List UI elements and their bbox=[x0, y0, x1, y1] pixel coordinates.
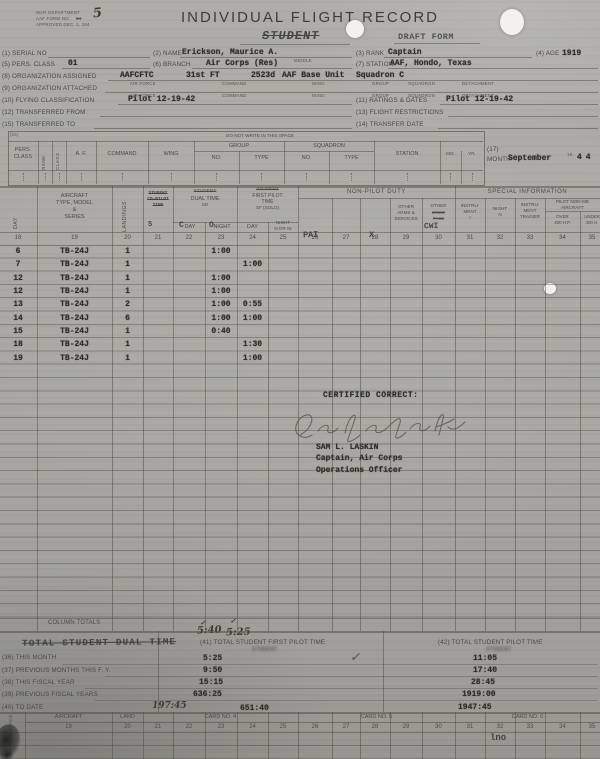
col-number-35: 35 bbox=[580, 235, 600, 241]
line bbox=[143, 712, 144, 759]
field-pers-class-value: 01 bbox=[68, 59, 78, 68]
cell-aircraft: TB-24J bbox=[37, 314, 112, 323]
col42-stamp-smudge: STUDENT bbox=[486, 646, 511, 653]
org-group-value: AAF Base Unit bbox=[282, 71, 344, 80]
card-number: 26 bbox=[298, 724, 332, 730]
line bbox=[62, 68, 150, 69]
cell-aircraft: TB-24J bbox=[37, 300, 112, 309]
line bbox=[112, 712, 113, 759]
card-number: 23 bbox=[205, 724, 237, 730]
total-fp-day-handwritten: 5:25 bbox=[226, 627, 251, 639]
cell-day: 6 bbox=[2, 247, 34, 256]
field-org-assigned-label: (8) ORGANIZATION ASSIGNED bbox=[2, 73, 97, 80]
line bbox=[52, 141, 53, 184]
cell-fp-day: 1:00 bbox=[237, 260, 268, 269]
field-branch-label: (6) BRANCH bbox=[153, 61, 191, 68]
cell-dual-night: 1:00 bbox=[205, 300, 237, 309]
summary-row-b: 11:05 bbox=[473, 654, 497, 663]
flight-row-3: 12 TB-24J 1 1:00 bbox=[0, 274, 600, 287]
card-number: 32 bbox=[485, 724, 515, 730]
cell-day: 15 bbox=[2, 327, 34, 336]
card-number: 24 bbox=[237, 724, 268, 730]
col-number-29: 29 bbox=[390, 235, 422, 241]
special-info-group-header: SPECIAL INFORMATION bbox=[455, 189, 600, 195]
summary-to-date-extra: 197:45 bbox=[152, 701, 187, 711]
field-station-value: AAF, Hondo, Texas bbox=[390, 59, 472, 68]
summary-row-label: (38) THIS FISCAL YEAR bbox=[2, 679, 75, 686]
line bbox=[0, 745, 600, 746]
card-number: 19 bbox=[25, 724, 112, 730]
left-stamp-total-student-dual-time: TOTAL STUDENT DUAL TIME bbox=[22, 636, 176, 649]
col34-header-2: 400 H.P. bbox=[545, 220, 580, 226]
cell-dual-night: 0:40 bbox=[205, 327, 237, 336]
flight-row-1: 6 TB-24J 1 1:00 bbox=[0, 247, 600, 260]
line bbox=[448, 116, 598, 117]
agency-line1: WAR DEPARTMENT bbox=[36, 10, 80, 15]
cell-landings: 1 bbox=[112, 260, 143, 269]
summary-row-label: (36) THIS MONTH bbox=[2, 654, 56, 661]
line bbox=[455, 712, 456, 759]
summary-row-a: 15:15 bbox=[199, 678, 223, 687]
line bbox=[0, 631, 600, 633]
col-number-24: 24 bbox=[237, 235, 268, 241]
dotted-mark bbox=[261, 173, 263, 181]
certified-correct-heading: CERTIFIED CORRECT: bbox=[323, 391, 418, 400]
cell-day: 12 bbox=[2, 287, 34, 296]
cell-aircraft: TB-24J bbox=[37, 247, 112, 256]
summary-row-b: 1919:00 bbox=[462, 690, 496, 699]
subtitle-student-struck: STUDENT bbox=[261, 29, 321, 43]
dual-title-header: DUAL TIME bbox=[173, 196, 237, 202]
field-name-label: (2) NAME bbox=[153, 50, 182, 57]
line bbox=[105, 92, 598, 93]
line bbox=[180, 57, 352, 58]
dotted-mark bbox=[171, 173, 173, 181]
card-number: 30 bbox=[422, 724, 455, 730]
field-age-value: 1919 bbox=[562, 49, 581, 58]
column-totals-label: COLUMN TOTALS bbox=[48, 620, 100, 626]
box16-group-label: GROUP bbox=[194, 143, 284, 149]
box16-af-label: A. F. bbox=[66, 151, 96, 157]
box16-class-label: CLASS bbox=[8, 154, 38, 160]
cell-fp-day: 1:00 bbox=[237, 354, 268, 363]
col28-stamp: X bbox=[369, 230, 374, 240]
field-transferred-from-label: (12) TRANSFERRED FROM bbox=[2, 109, 86, 116]
dotted-mark bbox=[45, 173, 47, 181]
card-number: 22 bbox=[173, 724, 205, 730]
cell-landings: 1 bbox=[112, 354, 143, 363]
line bbox=[515, 712, 516, 759]
summary-row-label: (37) PREVIOUS MONTHS THIS F. Y. bbox=[2, 667, 111, 674]
flight-record-form: WAR DEPARTMENT AAF FORM NO. 24 5 APPROVE… bbox=[0, 0, 600, 759]
col-landings-header: LANDINGS bbox=[122, 194, 128, 232]
col-number-27: 27 bbox=[332, 235, 360, 241]
sublabel-air-force: AIR FORCE bbox=[130, 81, 156, 86]
subtitle-underline bbox=[240, 44, 350, 45]
col-number-30: 30 bbox=[422, 235, 455, 241]
dotted-mark bbox=[407, 173, 409, 181]
card-aircraft-header: AIRCRAFT bbox=[25, 714, 112, 720]
line bbox=[580, 712, 581, 759]
col41-header: (41) TOTAL STUDENT FIRST PILOT TIME bbox=[200, 639, 325, 646]
line bbox=[545, 712, 546, 759]
line bbox=[25, 712, 26, 759]
check-mark: ✓ bbox=[230, 616, 236, 625]
field17-year-value: 44 bbox=[577, 153, 595, 162]
cell-aircraft: TB-24J bbox=[37, 327, 112, 336]
org-air-force-value: AAFCFTC bbox=[120, 71, 154, 80]
line bbox=[237, 712, 238, 759]
field-age-label: (4) AGE bbox=[536, 50, 559, 57]
col-number-23: 23 bbox=[205, 235, 237, 241]
col26-stamp: PAI bbox=[303, 230, 319, 241]
line bbox=[0, 232, 600, 233]
cell-aircraft: TB-24J bbox=[37, 274, 112, 283]
cell-dual-night: 1:00 bbox=[205, 314, 237, 323]
col-aircraft-header-1: AIRCRAFT bbox=[37, 193, 112, 199]
line bbox=[94, 128, 352, 129]
cell-aircraft: TB-24J bbox=[37, 354, 112, 363]
card5-header: CARD NO. 5 bbox=[298, 714, 455, 720]
stamp-underline bbox=[394, 43, 480, 44]
fp-code-header: SF (SOLO) bbox=[237, 205, 298, 211]
flight-row-9: 19 TB-24J 1 1:00 bbox=[0, 354, 600, 367]
line bbox=[360, 712, 361, 759]
cell-aircraft: TB-24J bbox=[37, 340, 112, 349]
flight-row-2: 7 TB-24J 1 1:00 bbox=[0, 260, 600, 273]
ink-blotch bbox=[0, 748, 14, 759]
agency-form-no-struck: 24 bbox=[76, 16, 81, 21]
col-number-34: 34 bbox=[545, 235, 580, 241]
col21-struck-2: CO-PILOT bbox=[143, 197, 173, 202]
sublabel-command: COMMAND bbox=[222, 81, 247, 86]
org-squadron-value: Squadron C bbox=[356, 71, 404, 80]
sublabel-command: COMMAND bbox=[222, 93, 247, 98]
col-number-31: 31 bbox=[455, 235, 485, 241]
dotted-mark bbox=[472, 173, 474, 181]
certifier-rank: Captain, Air Corps bbox=[316, 454, 402, 463]
line bbox=[0, 618, 600, 619]
cell-aircraft: TB-24J bbox=[37, 260, 112, 269]
dual-night-header: NIGHT bbox=[209, 224, 235, 230]
col30-header: OTHER bbox=[422, 203, 455, 209]
cell-day: 13 bbox=[2, 300, 34, 309]
dual-day-header: DAY bbox=[178, 224, 202, 230]
line bbox=[461, 151, 462, 184]
box16-squadron-no-label: NO. bbox=[284, 155, 329, 161]
line bbox=[384, 57, 532, 58]
col-number-25: 25 bbox=[268, 235, 298, 241]
col-number-32: 32 bbox=[485, 235, 515, 241]
box16-group-type-label: TYPE bbox=[239, 155, 284, 161]
line bbox=[192, 68, 352, 69]
line bbox=[118, 104, 352, 105]
col21-code: S bbox=[148, 221, 152, 229]
cell-day: 18 bbox=[2, 340, 34, 349]
line bbox=[422, 712, 423, 759]
col-aircraft-header-4: SERIES bbox=[37, 214, 112, 220]
cell-landings: 1 bbox=[112, 287, 143, 296]
sublabel-wing: WING bbox=[312, 81, 325, 86]
line bbox=[485, 712, 486, 759]
cell-landings: 1 bbox=[112, 340, 143, 349]
box16-wing-label: WING bbox=[148, 151, 194, 157]
cell-day: 7 bbox=[2, 260, 34, 269]
col-number-21: 21 bbox=[143, 235, 173, 241]
field-rank-label: (3) RANK bbox=[356, 50, 384, 57]
line bbox=[38, 141, 39, 184]
col30-stamp: CWI bbox=[424, 222, 439, 231]
handwritten-form-number: 5 bbox=[92, 6, 103, 22]
field-transferred-to-label: (15) TRANSFERRED TO bbox=[2, 121, 75, 128]
line bbox=[374, 141, 375, 184]
org-command-value: 31st FT bbox=[186, 71, 220, 80]
fp-night-header-2: N OR NI bbox=[269, 226, 297, 232]
dotted-mark bbox=[122, 173, 124, 181]
flight-row-6: 14 TB-24J 6 1:00 1:00 bbox=[0, 314, 600, 327]
col29-header-3: SERVICES bbox=[390, 216, 422, 222]
line bbox=[390, 712, 391, 759]
sublabel-squadron: SQUADRON bbox=[408, 81, 435, 86]
pnma-group-header-2: AIRCRAFT bbox=[545, 205, 600, 211]
cell-fp-day: 1:00 bbox=[237, 314, 268, 323]
col-number-18: 18 bbox=[2, 235, 34, 241]
line bbox=[85, 688, 598, 689]
line bbox=[173, 712, 174, 759]
field-org-attached-label: (9) ORGANIZATION ATTACHED bbox=[2, 85, 97, 92]
dotted-mark bbox=[216, 173, 218, 181]
line bbox=[329, 151, 330, 184]
card-number: 33 bbox=[515, 724, 545, 730]
cell-fp-day: 0:55 bbox=[237, 300, 268, 309]
col-aircraft-header-2: TYPE, MODEL bbox=[37, 200, 112, 206]
line bbox=[8, 170, 483, 171]
line bbox=[100, 116, 352, 117]
field-flying-class-value: Pilot 12-19-42 bbox=[128, 95, 195, 104]
col33-header-3: TRAINER bbox=[515, 214, 545, 220]
cell-dual-night: 1:00 bbox=[205, 274, 237, 283]
col31-header-3: I bbox=[455, 215, 485, 221]
box16-squadron-type-label: TYPE bbox=[329, 155, 374, 161]
cell-landings: 1 bbox=[112, 247, 143, 256]
cell-landings: 2 bbox=[112, 300, 143, 309]
dotted-mark bbox=[306, 173, 308, 181]
box16-rank-label: RANK bbox=[41, 146, 46, 170]
field-ratings-value: Pilot 12-19-42 bbox=[446, 95, 513, 104]
page-title: INDIVIDUAL FLIGHT RECORD bbox=[150, 9, 470, 26]
card-number: 35 bbox=[580, 724, 600, 730]
summary-row-a: 5:25 bbox=[203, 654, 222, 663]
summary-row-label: (39) PREVIOUS FISCAL YEARS bbox=[2, 691, 98, 698]
cell-landings: 6 bbox=[112, 314, 143, 323]
col-number-19: 19 bbox=[37, 235, 112, 241]
field-middle-sublabel: MIDDLE bbox=[294, 58, 312, 63]
dotted-mark bbox=[450, 173, 452, 181]
certifier-title: Operations Officer bbox=[316, 466, 402, 475]
do-not-write-label: DO NOT WRITE IN THIS SPACE bbox=[150, 133, 370, 139]
field17-month-value: September bbox=[508, 154, 551, 163]
col-number-28: 28 bbox=[360, 235, 390, 241]
line bbox=[62, 664, 598, 665]
sublabel-group: GROUP bbox=[372, 81, 389, 86]
card-land-header: LAND bbox=[112, 714, 143, 720]
col42-header: (42) TOTAL STUDENT PILOT TIME bbox=[438, 639, 543, 646]
line bbox=[284, 141, 285, 184]
field-pers-class-label: (5) PERS. CLASS bbox=[2, 61, 55, 68]
box16-command-label: COMMAND bbox=[96, 151, 148, 157]
col32-header-2: N bbox=[485, 212, 515, 218]
col41-stamp-smudge: STUDENT bbox=[252, 646, 277, 653]
box16-yr-label: YR. bbox=[461, 151, 483, 157]
dual-code-header: SD bbox=[173, 203, 237, 209]
summary-row-a: 636:25 bbox=[193, 690, 222, 699]
line bbox=[148, 141, 149, 184]
box16-pers-label: PERS. bbox=[8, 147, 38, 153]
line bbox=[48, 57, 150, 58]
nonpilot-duty-group-header: NON-PILOT DUTY bbox=[298, 189, 455, 195]
card-table-stamp: lno bbox=[490, 733, 506, 743]
draft-form-stamp: DRAFT FORM bbox=[398, 32, 454, 42]
field-transfer-date-label: (14) TRANSFER DATE bbox=[356, 121, 424, 128]
agency-line2: AAF FORM NO. bbox=[36, 16, 70, 21]
line bbox=[268, 712, 269, 759]
line bbox=[194, 141, 195, 184]
cell-fp-day: 1:30 bbox=[237, 340, 268, 349]
cell-dual-night: 1:00 bbox=[205, 287, 237, 296]
field-station-label: (7) STATION bbox=[356, 61, 393, 68]
box16-label: (16) bbox=[10, 132, 19, 137]
line bbox=[440, 104, 598, 105]
cell-day: 14 bbox=[2, 314, 34, 323]
line bbox=[388, 68, 598, 69]
field-rank-value: Captain bbox=[388, 48, 422, 57]
line bbox=[8, 141, 483, 142]
col-day-header: DAY bbox=[13, 197, 19, 229]
field-serial-no-label: (1) SERIAL NO bbox=[2, 50, 47, 57]
card-number: 34 bbox=[545, 724, 580, 730]
line bbox=[332, 712, 333, 759]
field-branch-value: Air Corps (Res) bbox=[206, 59, 278, 68]
summary-row-b: 28:45 bbox=[471, 678, 495, 687]
col-number-20: 20 bbox=[112, 235, 143, 241]
agency-line3: APPROVED DEC. 1, 194 bbox=[36, 22, 90, 27]
box16-mo-label: MO. bbox=[440, 151, 461, 157]
card6-header: CARD NO. 6 bbox=[455, 714, 600, 720]
fp-day-header: DAY bbox=[239, 224, 266, 230]
col-aircraft-header-3: & bbox=[37, 207, 112, 213]
sublabel-detachment: DETACHMENT bbox=[462, 81, 494, 86]
line bbox=[438, 128, 598, 129]
dotted-mark bbox=[351, 173, 353, 181]
line bbox=[105, 676, 598, 677]
card-number: 31 bbox=[455, 724, 485, 730]
certifier-name: SAM L. LASKIN bbox=[316, 443, 378, 452]
summary-row-label: (40) TO DATE bbox=[2, 704, 43, 711]
dotted-mark bbox=[59, 173, 61, 181]
cell-dual-night: 1:00 bbox=[205, 247, 237, 256]
card-number: 27 bbox=[332, 724, 360, 730]
field-flight-restrictions-label: (13) FLIGHT RESTRICTIONS bbox=[356, 109, 443, 116]
paper-hole bbox=[500, 9, 524, 35]
field-flying-class-label: (10) FLYING CLASSIFICATION bbox=[2, 97, 94, 104]
cell-landings: 1 bbox=[112, 274, 143, 283]
summary-row-b: 17:40 bbox=[473, 666, 497, 675]
line bbox=[0, 732, 600, 733]
line bbox=[96, 141, 97, 184]
dotted-mark bbox=[81, 173, 83, 181]
line bbox=[0, 186, 600, 188]
sublabel-wing: WING bbox=[312, 93, 325, 98]
col-number-22: 22 bbox=[173, 235, 205, 241]
line bbox=[440, 141, 441, 184]
field17-label: (17) bbox=[487, 146, 499, 153]
summary-row-a: 9:50 bbox=[203, 666, 222, 675]
flight-row-7: 15 TB-24J 1 0:40 bbox=[0, 327, 600, 340]
col21-struck-3: TIME bbox=[143, 203, 173, 208]
col-number-33: 33 bbox=[515, 235, 545, 241]
check-mark: ✓ bbox=[350, 650, 360, 664]
flight-row-4: 12 TB-24J 1 1:00 bbox=[0, 287, 600, 300]
col35-header-2: 400 H. bbox=[580, 220, 600, 226]
card-number: 29 bbox=[390, 724, 422, 730]
box16-group-no-label: NO. bbox=[194, 155, 239, 161]
card4-header: CARD NO. 4 bbox=[143, 714, 298, 720]
cell-aircraft: TB-24J bbox=[37, 287, 112, 296]
org-wing-value: 2523d bbox=[251, 71, 275, 80]
box16-squadron-label: SQUADRON bbox=[284, 143, 374, 149]
line bbox=[66, 141, 67, 184]
line bbox=[298, 712, 299, 759]
box16-class2-label: CLASS bbox=[55, 146, 60, 170]
paper-hole bbox=[346, 20, 364, 38]
line bbox=[239, 151, 240, 184]
flight-row-5: 13 TB-24J 2 1:00 0:55 bbox=[0, 300, 600, 313]
card-number: 20 bbox=[112, 724, 143, 730]
signature bbox=[288, 406, 473, 448]
dual-struck-header: STUDENT bbox=[173, 189, 237, 195]
line bbox=[205, 712, 206, 759]
field-name-value: Erickson, Maurice A. bbox=[182, 48, 278, 57]
box16-station-label: STATION bbox=[374, 151, 440, 157]
card-number: 25 bbox=[268, 724, 298, 730]
line bbox=[108, 80, 598, 81]
cell-day: 12 bbox=[2, 274, 34, 283]
cell-day: 19 bbox=[2, 354, 34, 363]
card-number: 21 bbox=[143, 724, 173, 730]
card-number: 28 bbox=[360, 724, 390, 730]
field17-year-prefix: 19 bbox=[567, 152, 572, 157]
field-ratings-label: (11) RATINGS & DATES bbox=[356, 97, 427, 104]
summary-row-b: 1947:45 bbox=[458, 703, 492, 712]
dotted-mark bbox=[23, 173, 25, 181]
cell-landings: 1 bbox=[112, 327, 143, 336]
col21-struck-1: STUDENT bbox=[143, 191, 173, 196]
flight-row-8: 18 TB-24J 1 1:30 bbox=[0, 340, 600, 353]
